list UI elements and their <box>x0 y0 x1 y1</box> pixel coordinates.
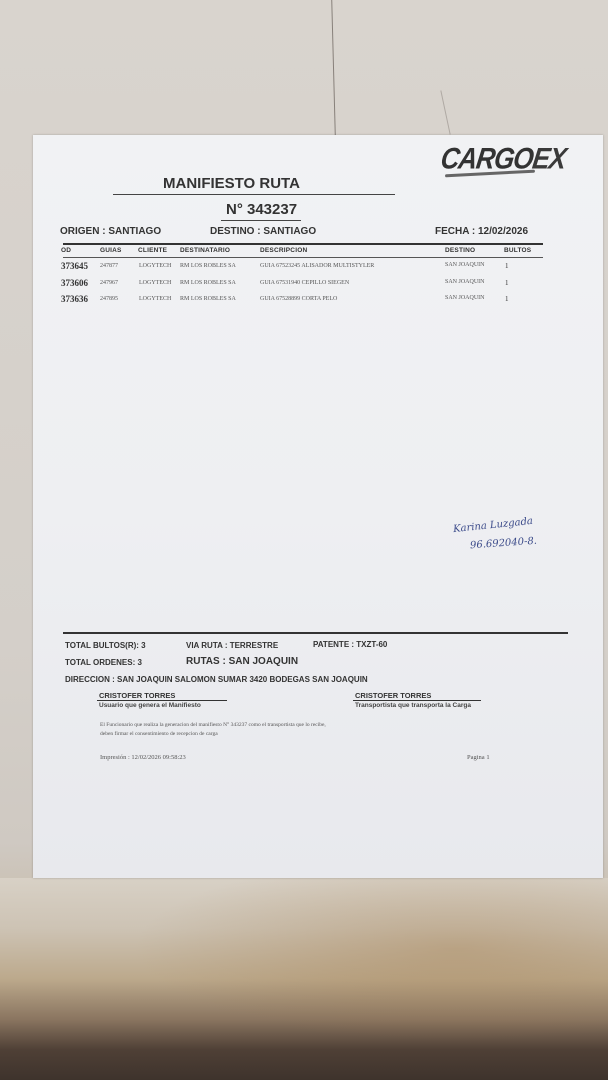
wall-crack <box>440 90 450 134</box>
cell-bultos: 1 <box>505 295 509 303</box>
patente: PATENTE : TXZT-60 <box>313 640 387 649</box>
cell-od: 373636 <box>61 294 88 304</box>
total-ordenes: TOTAL ORDENES: 3 <box>65 658 142 667</box>
cell-cliente: LOGYTECH <box>139 263 171 269</box>
destino-label: DESTINO : SANTIAGO <box>210 226 316 237</box>
col-header-destino: DESTINO <box>445 247 475 254</box>
signature-name-carrier: CRISTOFER TORRES <box>355 691 431 700</box>
via-ruta: VIA RUTA : TERRESTRE <box>186 641 278 650</box>
signature-line-user <box>97 700 227 701</box>
table-header-top-line <box>63 243 543 245</box>
document-title: MANIFIESTO RUTA <box>163 175 300 192</box>
wall-crack <box>331 0 336 135</box>
print-timestamp: Impresión : 12/02/2026 09:58:23 <box>100 754 186 761</box>
col-header-destinatario: DESTINATARIO <box>180 247 230 254</box>
signature-line-carrier <box>353 700 481 701</box>
cell-bultos: 1 <box>505 262 509 270</box>
summary-top-line <box>63 632 568 634</box>
cell-cliente: LOGYTECH <box>139 280 171 286</box>
cell-od: 373606 <box>61 278 88 288</box>
cell-od: 373645 <box>61 261 88 271</box>
notice-line-1: El Funcionario que realiza la generacion… <box>100 722 326 728</box>
title-underline <box>113 194 395 195</box>
fecha-label: FECHA : 12/02/2026 <box>435 226 528 237</box>
origen-label: ORIGEN : SANTIAGO <box>60 226 161 237</box>
cell-descripcion: GUIA 67523245 ALISADOR MULTISTYLER <box>260 263 374 269</box>
col-header-cliente: CLIENTE <box>138 247 167 254</box>
cell-descripcion: GUIA 67531940 CEPILLO SIEGEN <box>260 280 349 286</box>
col-header-guias: GUIAS <box>100 247 122 254</box>
cell-destinatario: RM LOS ROBLES SA <box>180 263 236 269</box>
rutas: RUTAS : SAN JOAQUIN <box>186 656 298 667</box>
cell-destino: SAN JOAQUIN <box>445 279 485 285</box>
signature-role-carrier: Transportista que transporta la Carga <box>355 702 471 709</box>
col-header-od: OD <box>61 247 71 254</box>
stone-surface <box>0 878 608 1080</box>
manifest-number: N° 343237 <box>226 201 297 218</box>
page-number: Pagina 1 <box>467 754 490 761</box>
cell-destinatario: RM LOS ROBLES SA <box>180 280 236 286</box>
cell-guias: 247895 <box>100 296 118 302</box>
col-header-bultos: BULTOS <box>504 247 531 254</box>
manifest-paper: CARGOEX MANIFIESTO RUTA N° 343237 ORIGEN… <box>33 135 603 878</box>
col-header-descripcion: DESCRIPCION <box>260 247 307 254</box>
handwritten-rut: 96.692040-8. <box>470 536 538 552</box>
cell-cliente: LOGYTECH <box>139 296 171 302</box>
direccion: DIRECCION : SAN JOAQUIN SALOMON SUMAR 34… <box>65 675 368 684</box>
signature-role-user: Usuario que genera el Manifiesto <box>99 702 201 709</box>
cell-destinatario: RM LOS ROBLES SA <box>180 296 236 302</box>
cell-guias: 247967 <box>100 280 118 286</box>
cell-guias: 247877 <box>100 263 118 269</box>
total-bultos: TOTAL BULTOS(R): 3 <box>65 641 146 650</box>
notice-line-2: deben firmar el consentimiento de recepc… <box>100 731 218 737</box>
number-underline <box>221 220 301 221</box>
table-header-bottom-line <box>63 257 543 258</box>
handwritten-name: Karina Luzgada <box>453 516 534 535</box>
cell-bultos: 1 <box>505 279 509 287</box>
cell-destino: SAN JOAQUIN <box>445 295 485 301</box>
cell-descripcion: GUIA 67528899 CORTA PELO <box>260 296 337 302</box>
cell-destino: SAN JOAQUIN <box>445 262 485 268</box>
signature-name-user: CRISTOFER TORRES <box>99 691 175 700</box>
